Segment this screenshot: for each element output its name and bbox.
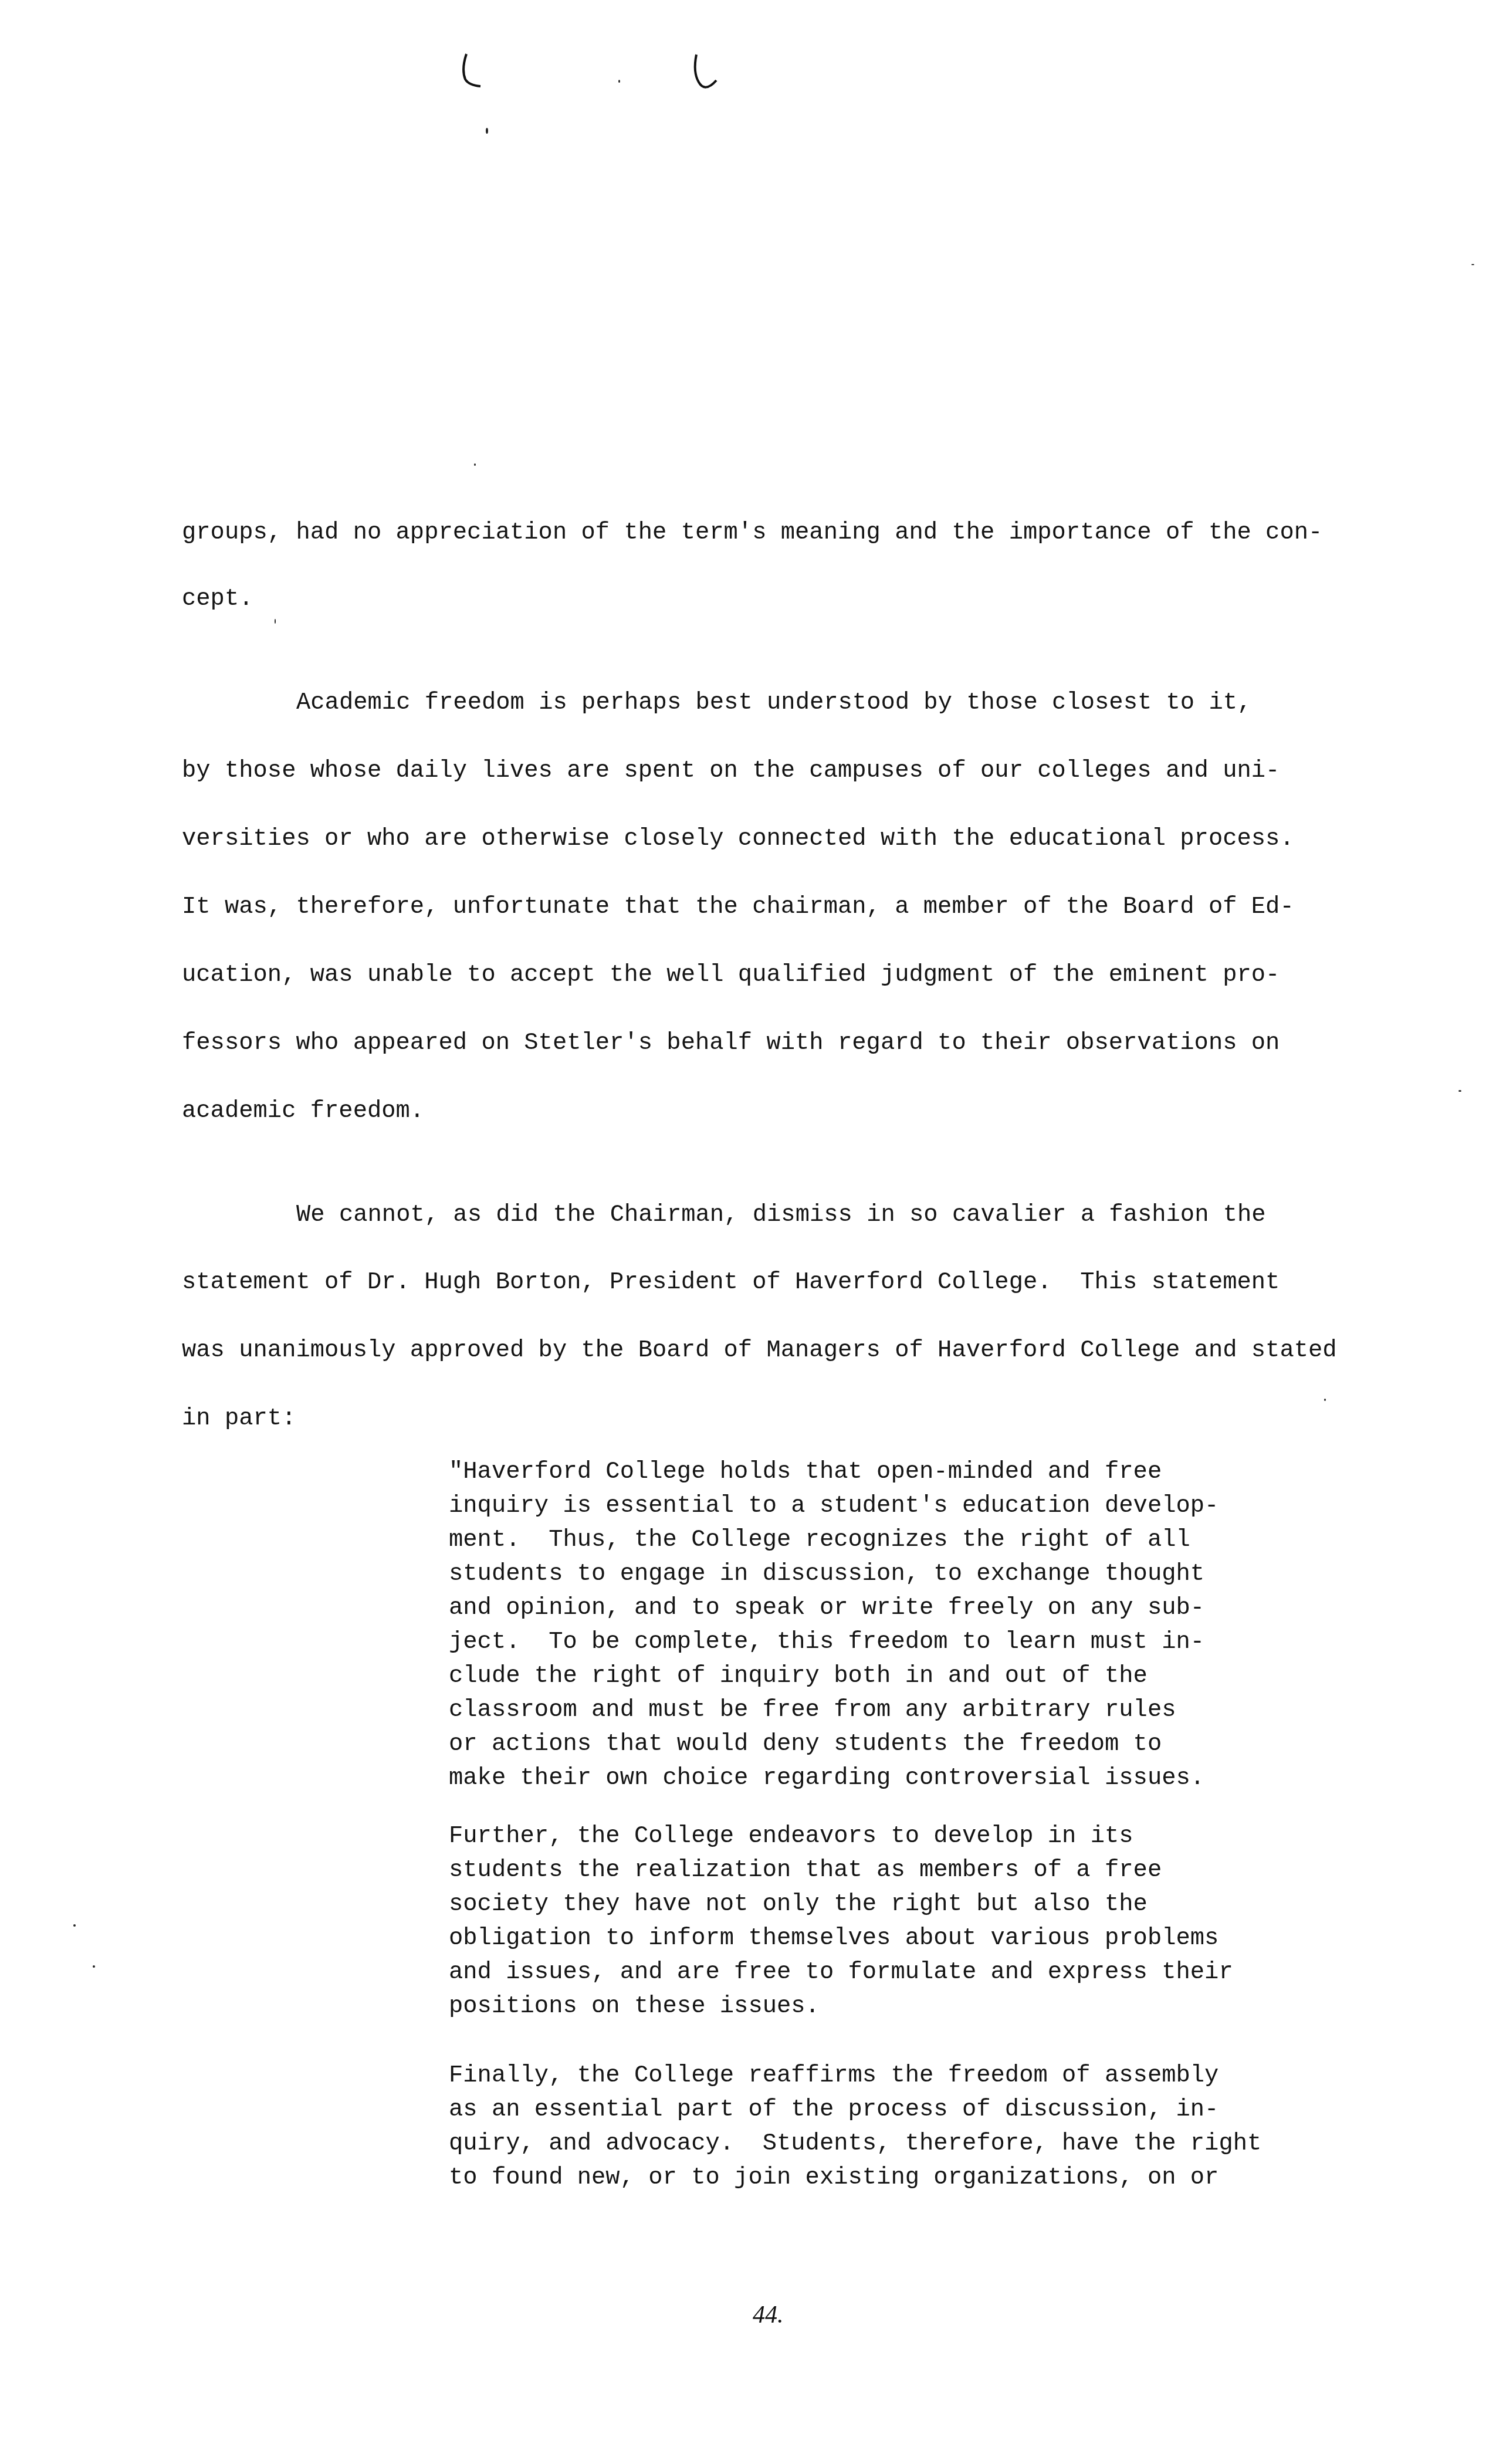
text-line: cept. <box>182 585 253 613</box>
quote-line: classroom and must be free from any arbi… <box>449 1696 1176 1724</box>
text-line: by those whose daily lives are spent on … <box>182 757 1280 785</box>
quote-line: clude the right of inquiry both in and o… <box>449 1662 1148 1690</box>
stray-mark <box>1458 1090 1461 1092</box>
stray-mark <box>474 463 476 466</box>
staple-mark-left-icon <box>461 47 507 94</box>
quote-line: ject. To be complete, this freedom to le… <box>449 1628 1204 1656</box>
text-line: fessors who appeared on Stetler's behalf… <box>182 1029 1280 1057</box>
quote-line: positions on these issues. <box>449 1992 820 2020</box>
paragraph-first-line: Academic freedom is perhaps best underst… <box>296 689 1251 717</box>
stray-mark <box>1471 264 1474 265</box>
stray-mark <box>73 1924 76 1927</box>
quote-line: obligation to inform themselves about va… <box>449 1924 1219 1952</box>
text-line: It was, therefore, unfortunate that the … <box>182 893 1294 921</box>
quote-line: Finally, the College reaffirms the freed… <box>449 2062 1219 2090</box>
document-page: groups, had no appreciation of the term'… <box>0 0 1496 2464</box>
quote-line: quiry, and advocacy. Students, therefore… <box>449 2130 1261 2158</box>
quote-line: make their own choice regarding controve… <box>449 1764 1204 1792</box>
quote-line: ment. Thus, the College recognizes the r… <box>449 1526 1190 1554</box>
stray-mark <box>93 1965 95 1968</box>
stray-mark <box>486 128 488 134</box>
quote-line: or actions that would deny students the … <box>449 1730 1162 1758</box>
quote-line: as an essential part of the process of d… <box>449 2096 1219 2124</box>
quote-line: society they have not only the right but… <box>449 1890 1148 1918</box>
stray-mark <box>618 80 620 83</box>
quote-line: students the realization that as members… <box>449 1856 1162 1884</box>
stray-mark <box>275 619 276 624</box>
text-line: academic freedom. <box>182 1097 424 1125</box>
text-line: groups, had no appreciation of the term'… <box>182 519 1322 547</box>
quote-line: to found new, or to join existing organi… <box>449 2164 1219 2192</box>
quote-line: students to engage in discussion, to exc… <box>449 1560 1204 1588</box>
quote-line: Further, the College endeavors to develo… <box>449 1822 1133 1850</box>
quote-line: "Haverford College holds that open-minde… <box>449 1458 1162 1486</box>
text-line: ucation, was unable to accept the well q… <box>182 961 1280 989</box>
quote-line: inquiry is essential to a student's educ… <box>449 1492 1219 1520</box>
text-line: was unanimously approved by the Board of… <box>182 1336 1337 1365</box>
text-line: in part: <box>182 1404 296 1433</box>
quote-line: and issues, and are free to formulate an… <box>449 1958 1233 1986</box>
quote-line: and opinion, and to speak or write freel… <box>449 1594 1204 1622</box>
staple-mark-right-icon <box>689 50 736 97</box>
paragraph-first-line: We cannot, as did the Chairman, dismiss … <box>296 1201 1266 1229</box>
text-line: versities or who are otherwise closely c… <box>182 825 1294 853</box>
stray-mark <box>1324 1399 1326 1401</box>
page-number: 44. <box>753 2301 784 2329</box>
text-line: statement of Dr. Hugh Borton, President … <box>182 1268 1280 1297</box>
